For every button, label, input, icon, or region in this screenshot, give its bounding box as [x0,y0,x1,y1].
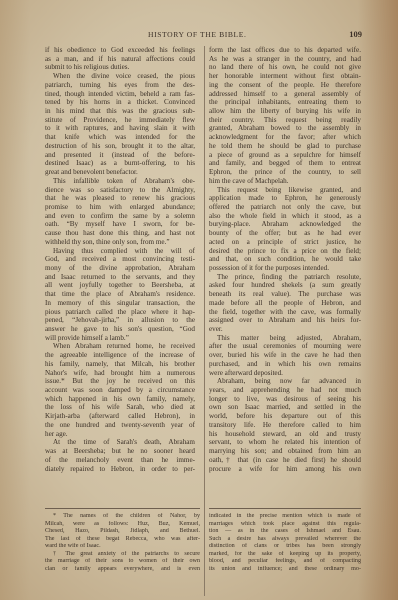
text-line: This request being likewise granted, and [209,186,361,195]
text-line: ward the wife of Isaac. [45,543,200,551]
text-line: he told them he should be glad to purcha… [209,142,361,151]
text-line: was at Beersheba; but he no sooner heard [45,447,195,456]
right-text-column: form the last offices due to his departe… [209,46,361,473]
text-line: Chesed, Hazo, Pildash, Jidlaph, and Beth… [45,528,200,536]
text-line: and even to confirm the same by a solemn [45,212,195,221]
text-line: ever. [209,325,361,334]
text-line: world, before his departure out of this [209,412,361,421]
text-line: longer to live, was desirous of seeing h… [209,395,361,404]
text-line: submit to his religious duties. [45,63,195,72]
page-edge-shadow [358,0,398,600]
text-line: no land there of his own, he could not g… [209,63,361,72]
text-line: In memory of this singular transaction, … [45,299,195,308]
text-line: years, and apprehending he had not much [209,386,361,395]
text-line: † The great anxiety of the patriarchs to… [45,551,200,559]
text-line: destined Isaac) as a burnt-offering, to … [45,159,195,168]
text-line: application made to Ephron, he generousl… [209,194,361,203]
text-line: tion — as in the cases of Ishmael and Es… [209,528,361,536]
text-line: promise to him with enlarged abundance; [45,203,195,212]
text-line: servant, to whom he related his intentio… [209,438,361,447]
text-line: stitute of Providence, he immediately fl… [45,116,195,125]
text-line: tined, though intended victim, beheld a … [45,90,195,99]
text-line: assigned over to Abraham and his heirs f… [209,316,361,325]
text-line: The prince, finding the patriarch resolu… [209,273,361,282]
text-line: pious patriarch called the place where i… [45,308,195,317]
text-line: the loss of his wife Sarah, who died at [45,403,195,412]
text-line: As he was a stranger in the country, and… [209,55,361,64]
text-line: distinction of clans or tribes has been … [209,543,361,551]
text-line: its union and influence; and these ordin… [209,566,361,574]
text-line: answer he gave to his son's question, “G… [45,325,195,334]
text-line: procure a wife for him among his own [209,465,361,474]
text-line: allow him the liberty of burying his wif… [209,107,361,116]
text-line: also the whole field in which it stood, … [209,212,361,221]
text-line: the principal inhabitants, entreating th… [209,98,361,107]
text-line: Nahor's wife, had brought him a numerous [45,369,195,378]
footnotes-right: indicated in the precise mention which i… [209,513,361,573]
text-line: marriages which took place against this … [209,521,361,529]
footnote-rule-right [209,508,361,509]
text-line: God, and received a most convincing test… [45,255,195,264]
text-line: form the last offices due to his departe… [209,46,361,55]
text-line: acted on a principle of strict justice, … [209,238,361,247]
text-line: acknowledgment for the favor; after whic… [209,133,361,142]
text-line: mony of the divine approbation, Abraham [45,264,195,273]
text-line: account was soon damped by a circumstanc… [45,386,195,395]
page-number: 109 [349,29,362,39]
page-gutter-shadow [0,0,30,600]
text-line: addressed himself to a general assembly … [209,90,361,99]
text-line: bounty of the offer; but as he had ever [209,229,361,238]
footnote-rule-left [45,508,200,509]
text-line: the field, together with the cave, was f… [209,308,361,317]
text-line: the agreeable intelligence of the increa… [45,351,195,360]
text-line: and presented it (instead of the before- [45,151,195,160]
text-line: indicated in the precise mention which i… [209,513,361,521]
text-line: transitory life. He therefore called to … [209,421,361,430]
text-line: Ephron, the prince of the country, to se… [209,168,361,177]
text-line: blood, and peculiar feelings, and of com… [209,558,361,566]
text-line: Having thus complied with the will of [45,247,195,256]
text-line: will provide himself a lamb.” [45,334,195,343]
text-line: purchased, and in which his own remains [209,360,361,369]
text-line: made before all the people of Hebron, an… [209,299,361,308]
text-line: oath. “By myself have I sworn, for be- [45,220,195,229]
text-line: pened, “Jehovah-jirha,” in allusion to t… [45,316,195,325]
text-line: offered the patriarch not only the cave,… [209,203,361,212]
text-line: tened by his horns in a thicket. Convinc… [45,98,195,107]
text-line: This infallible token of Abraham's obe- [45,177,195,186]
page-header: HISTORY OF THE BIBLE. 109 [44,30,362,42]
text-line: The last of these begat Rebecca, who was… [45,536,200,544]
text-line: and Isaac returned to the servants, and … [45,273,195,282]
text-line: and that, on such condition, he would ta… [209,255,361,264]
text-line: after the usual ceremonies of mourning w… [209,342,361,351]
text-line: if his obedience to God exceeded his fee… [45,46,195,55]
text-line: patriarch, turning his eyes from the des… [45,81,195,90]
text-line: When Abraham returned home, he received [45,342,195,351]
text-line: his household steward, an old and trusty [209,430,361,439]
text-line: When the divine voice ceased, the pious [45,72,195,81]
text-line: desired the prince to fix a price on the… [209,247,361,256]
text-line: marrying his son; and obtained from him … [209,447,361,456]
text-line: Abraham, being now far advanced in [209,377,361,386]
text-line: that he was pleased to renew his graciou… [45,194,195,203]
text-line: dience was so satisfactory to the Almigh… [45,186,195,195]
text-line: all went joyfully together to Beersheba,… [45,281,195,290]
text-line: * The names of the children of Nahor, by [45,513,200,521]
text-line: marked, for the sake of keeping up its p… [209,551,361,559]
text-line: beneath its real value). The purchase wa… [209,290,361,299]
text-line: Such a desire has always prevailed where… [209,536,361,544]
text-line: over, buried his wife in the cave he had… [209,351,361,360]
text-line: in his mind that this was the gracious s… [45,107,195,116]
text-line: their country. This request being readil… [209,116,361,125]
text-line: Kirjath-arba (afterward called Hebron), … [45,412,195,421]
text-line: great and benevolent benefactor. [45,168,195,177]
text-line: cause thou hast done this thing, and has… [45,229,195,238]
text-line: as a man, and if his natural affections … [45,55,195,64]
footnotes-left: * The names of the children of Nahor, by… [45,513,200,573]
text-line: to it with raptures, and having slain it… [45,124,195,133]
text-line: which happened in his own family, namely… [45,395,195,404]
text-line: a piece of ground as a sepulchre for him… [209,151,361,160]
text-line: asked four hundred shekels (a sum greatl… [209,281,361,290]
text-line: burying-place. Abraham acknowledged the [209,220,361,229]
text-line: ing the consent of the people. He theref… [209,81,361,90]
text-line: clan or family appears everywhere, and i… [45,566,200,574]
text-line: that knife which was intended for the [45,133,195,142]
text-line: the marriage of their sons to women of t… [45,558,200,566]
text-line: her honorable interment without first ob… [209,72,361,81]
text-line: him the cave of Machpelah. [209,177,361,186]
text-line: her age. [45,430,195,439]
text-line: oath,† that (in case he died first) he s… [209,456,361,465]
text-line: and family, and begged of them to entrea… [209,159,361,168]
text-line: of the melancholy event than he imme- [45,456,195,465]
text-line: granted, Abraham bowed to the assembly i… [209,124,361,133]
text-line: issue.* But the joy he received on this [45,377,195,386]
text-line: that time the place of Abraham's residen… [45,290,195,299]
text-line: possession of it for the purposes intend… [209,264,361,273]
text-line: Milcah, were as follows: Huz, Buz, Kemue… [45,521,200,529]
text-line: were afterward deposited. [209,369,361,378]
text-line: own son Isaac married, and settled in th… [209,403,361,412]
left-text-column: if his obedience to God exceeded his fee… [45,46,195,473]
text-line: his family, namely, that Milcah, his bro… [45,360,195,369]
running-title: HISTORY OF THE BIBLE. [148,30,247,39]
text-line: diately repaired to Hebron, in order to … [45,465,195,474]
text-line: This matter being adjusted, Abraham, [209,334,361,343]
text-line: the one hundred and twenty-seventh year … [45,421,195,430]
text-line: withheld thy son, thine only son, from m… [45,238,195,247]
text-line: At the time of Sarah's death, Abraham [45,438,195,447]
column-divider [204,46,205,596]
text-line: destruction of his son, brought it to th… [45,142,195,151]
